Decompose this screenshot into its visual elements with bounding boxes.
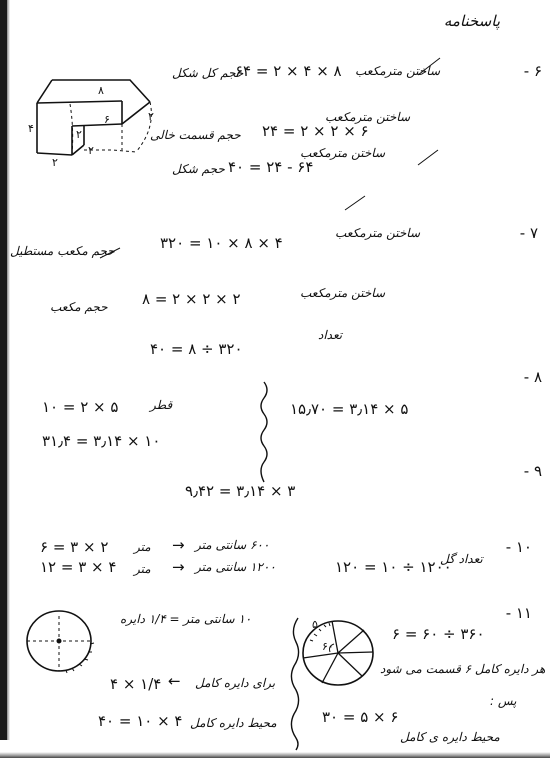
check-marks — [0, 0, 550, 758]
